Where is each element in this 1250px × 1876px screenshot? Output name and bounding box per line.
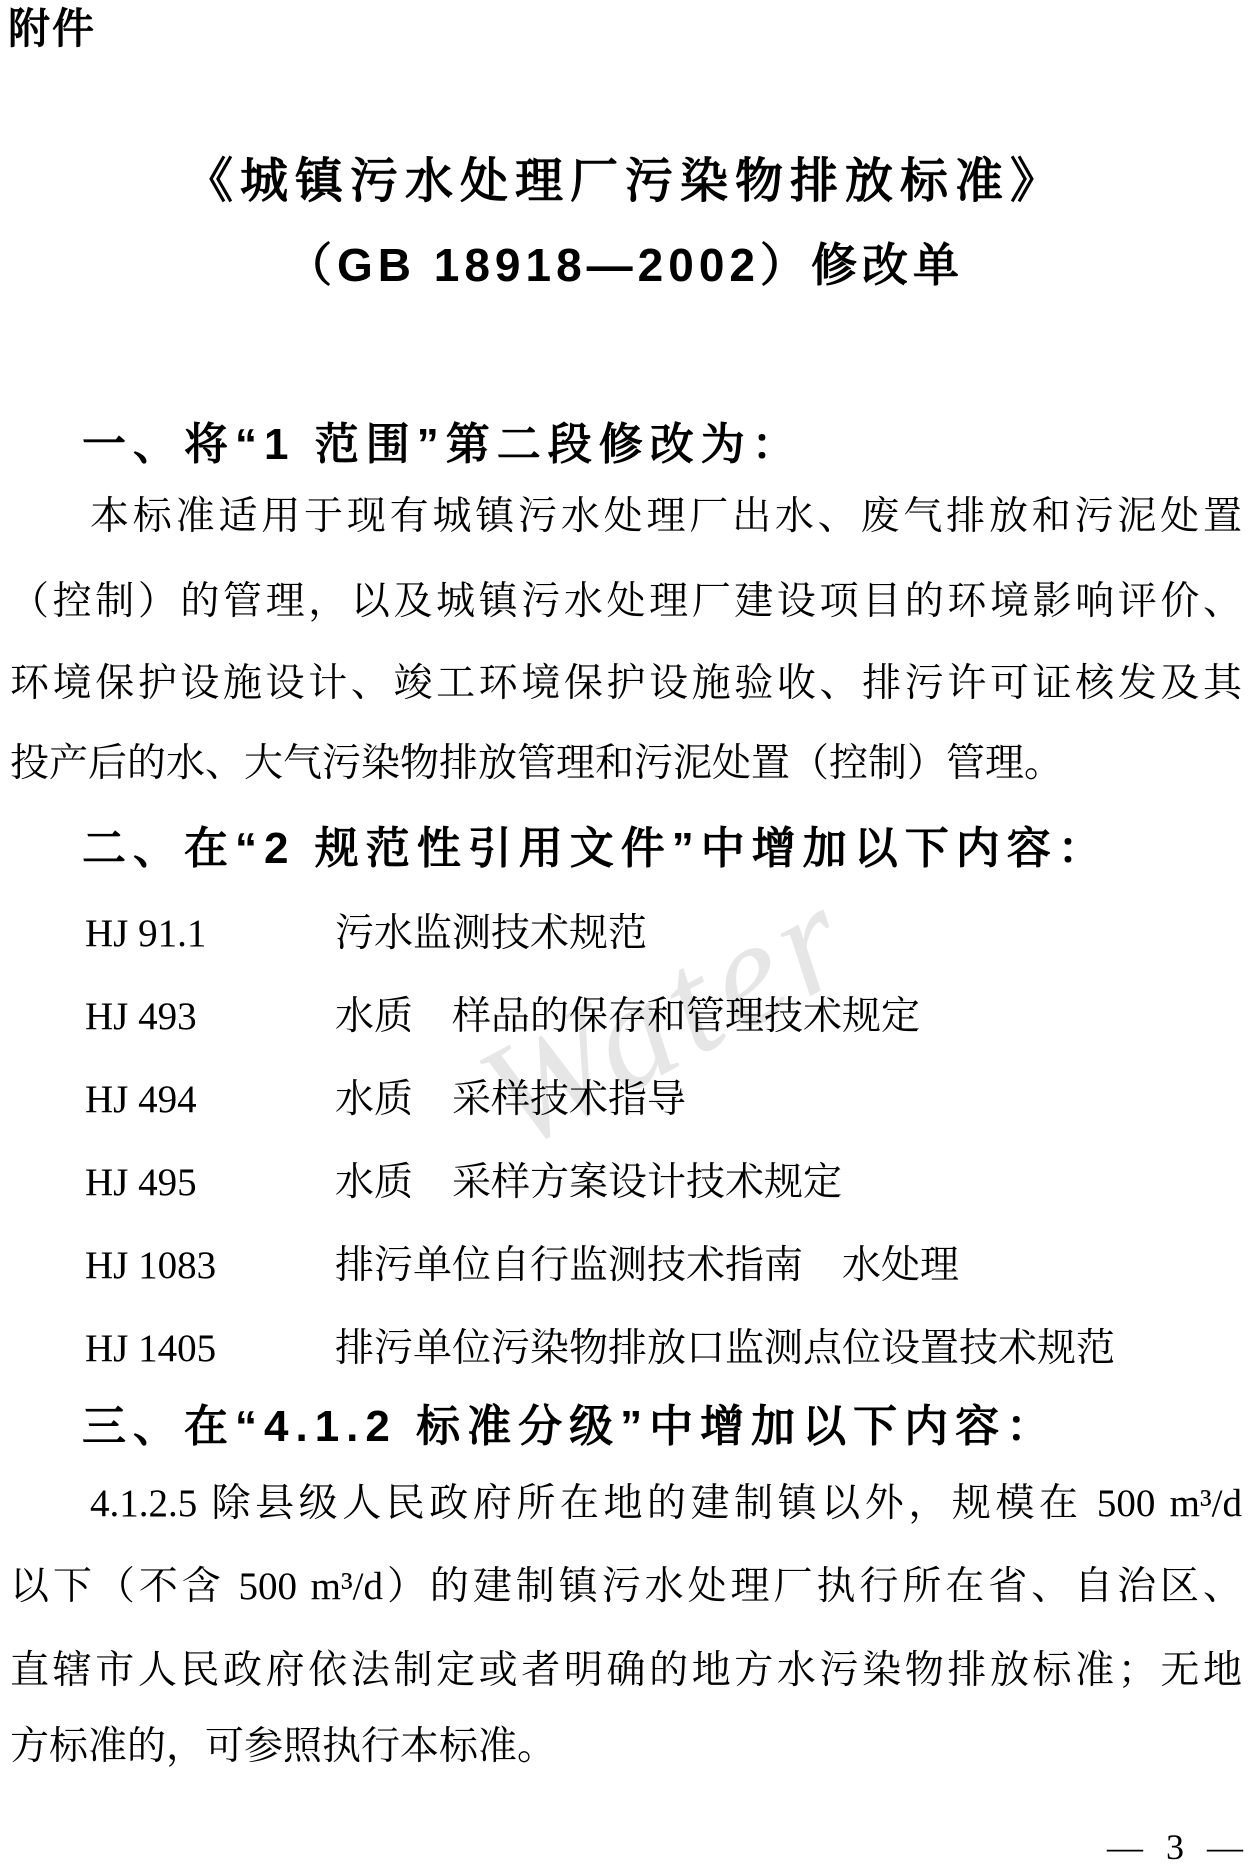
- reference-title: 污水监测技术规范: [335, 912, 647, 955]
- section-1-paragraph-line: 环境保护设施设计、竣工环境保护设施验收、排污许可证核发及其: [10, 661, 1242, 708]
- section-3-paragraph-line: 以下（不含 500 m³/d）的建制镇污水处理厂执行所在省、自治区、: [10, 1564, 1242, 1611]
- document-title-line-1: 《城镇污水处理厂污染物排放标准》: [0, 153, 1250, 211]
- reference-code: HJ 494: [85, 1077, 335, 1124]
- attachment-label: 附件: [8, 4, 96, 54]
- page-number: — 3 —: [1107, 1826, 1245, 1869]
- reference-code: HJ 495: [85, 1160, 335, 1207]
- reference-title: 水质 样品的保存和管理技术规定: [335, 995, 920, 1038]
- section-3-heading: 三、在“4.1.2 标准分级”中增加以下内容：: [82, 1401, 1057, 1454]
- reference-row: HJ 1083排污单位自行监测技术指南 水处理: [85, 1243, 959, 1290]
- reference-code: HJ 1405: [85, 1326, 335, 1373]
- reference-row: HJ 494水质 采样技术指导: [85, 1077, 686, 1124]
- section-1-paragraph-line: 本标准适用于现有城镇污水处理厂出水、废气排放和污泥处置: [90, 494, 1242, 541]
- section-1-paragraph-line: （控制）的管理，以及城镇污水处理厂建设项目的环境影响评价、: [10, 579, 1242, 626]
- reference-title: 排污单位自行监测技术指南 水处理: [335, 1244, 959, 1287]
- reference-title: 水质 采样技术指导: [335, 1078, 686, 1121]
- reference-title: 水质 采样方案设计技术规定: [335, 1161, 842, 1204]
- reference-row: HJ 495水质 采样方案设计技术规定: [85, 1160, 842, 1207]
- reference-row: HJ 1405排污单位污染物排放口监测点位设置技术规范: [85, 1326, 1115, 1373]
- section-3-paragraph-line: 方标准的，可参照执行本标准。: [10, 1724, 556, 1771]
- document-page: Water 附件 《城镇污水处理厂污染物排放标准》 （GB 18918—2002…: [0, 0, 1250, 1876]
- reference-title: 排污单位污染物排放口监测点位设置技术规范: [335, 1327, 1115, 1370]
- reference-code: HJ 91.1: [85, 911, 335, 958]
- section-2-heading: 二、在“2 规范性引用文件”中增加以下内容：: [82, 823, 1109, 876]
- reference-code: HJ 1083: [85, 1243, 335, 1290]
- section-3-paragraph-line: 4.1.2.5 除县级人民政府所在地的建制镇以外，规模在 500 m³/d: [90, 1481, 1242, 1528]
- reference-code: HJ 493: [85, 994, 335, 1041]
- section-3-paragraph-line: 直辖市人民政府依法制定或者明确的地方水污染物排放标准；无地: [10, 1648, 1242, 1695]
- reference-row: HJ 493水质 样品的保存和管理技术规定: [85, 994, 920, 1041]
- section-1-paragraph-line: 投产后的水、大气污染物排放管理和污泥处置（控制）管理。: [10, 741, 1063, 788]
- reference-row: HJ 91.1污水监测技术规范: [85, 911, 647, 958]
- section-1-heading: 一、将“1 范围”第二段修改为：: [82, 419, 803, 472]
- document-title-line-2: （GB 18918—2002）修改单: [0, 238, 1250, 293]
